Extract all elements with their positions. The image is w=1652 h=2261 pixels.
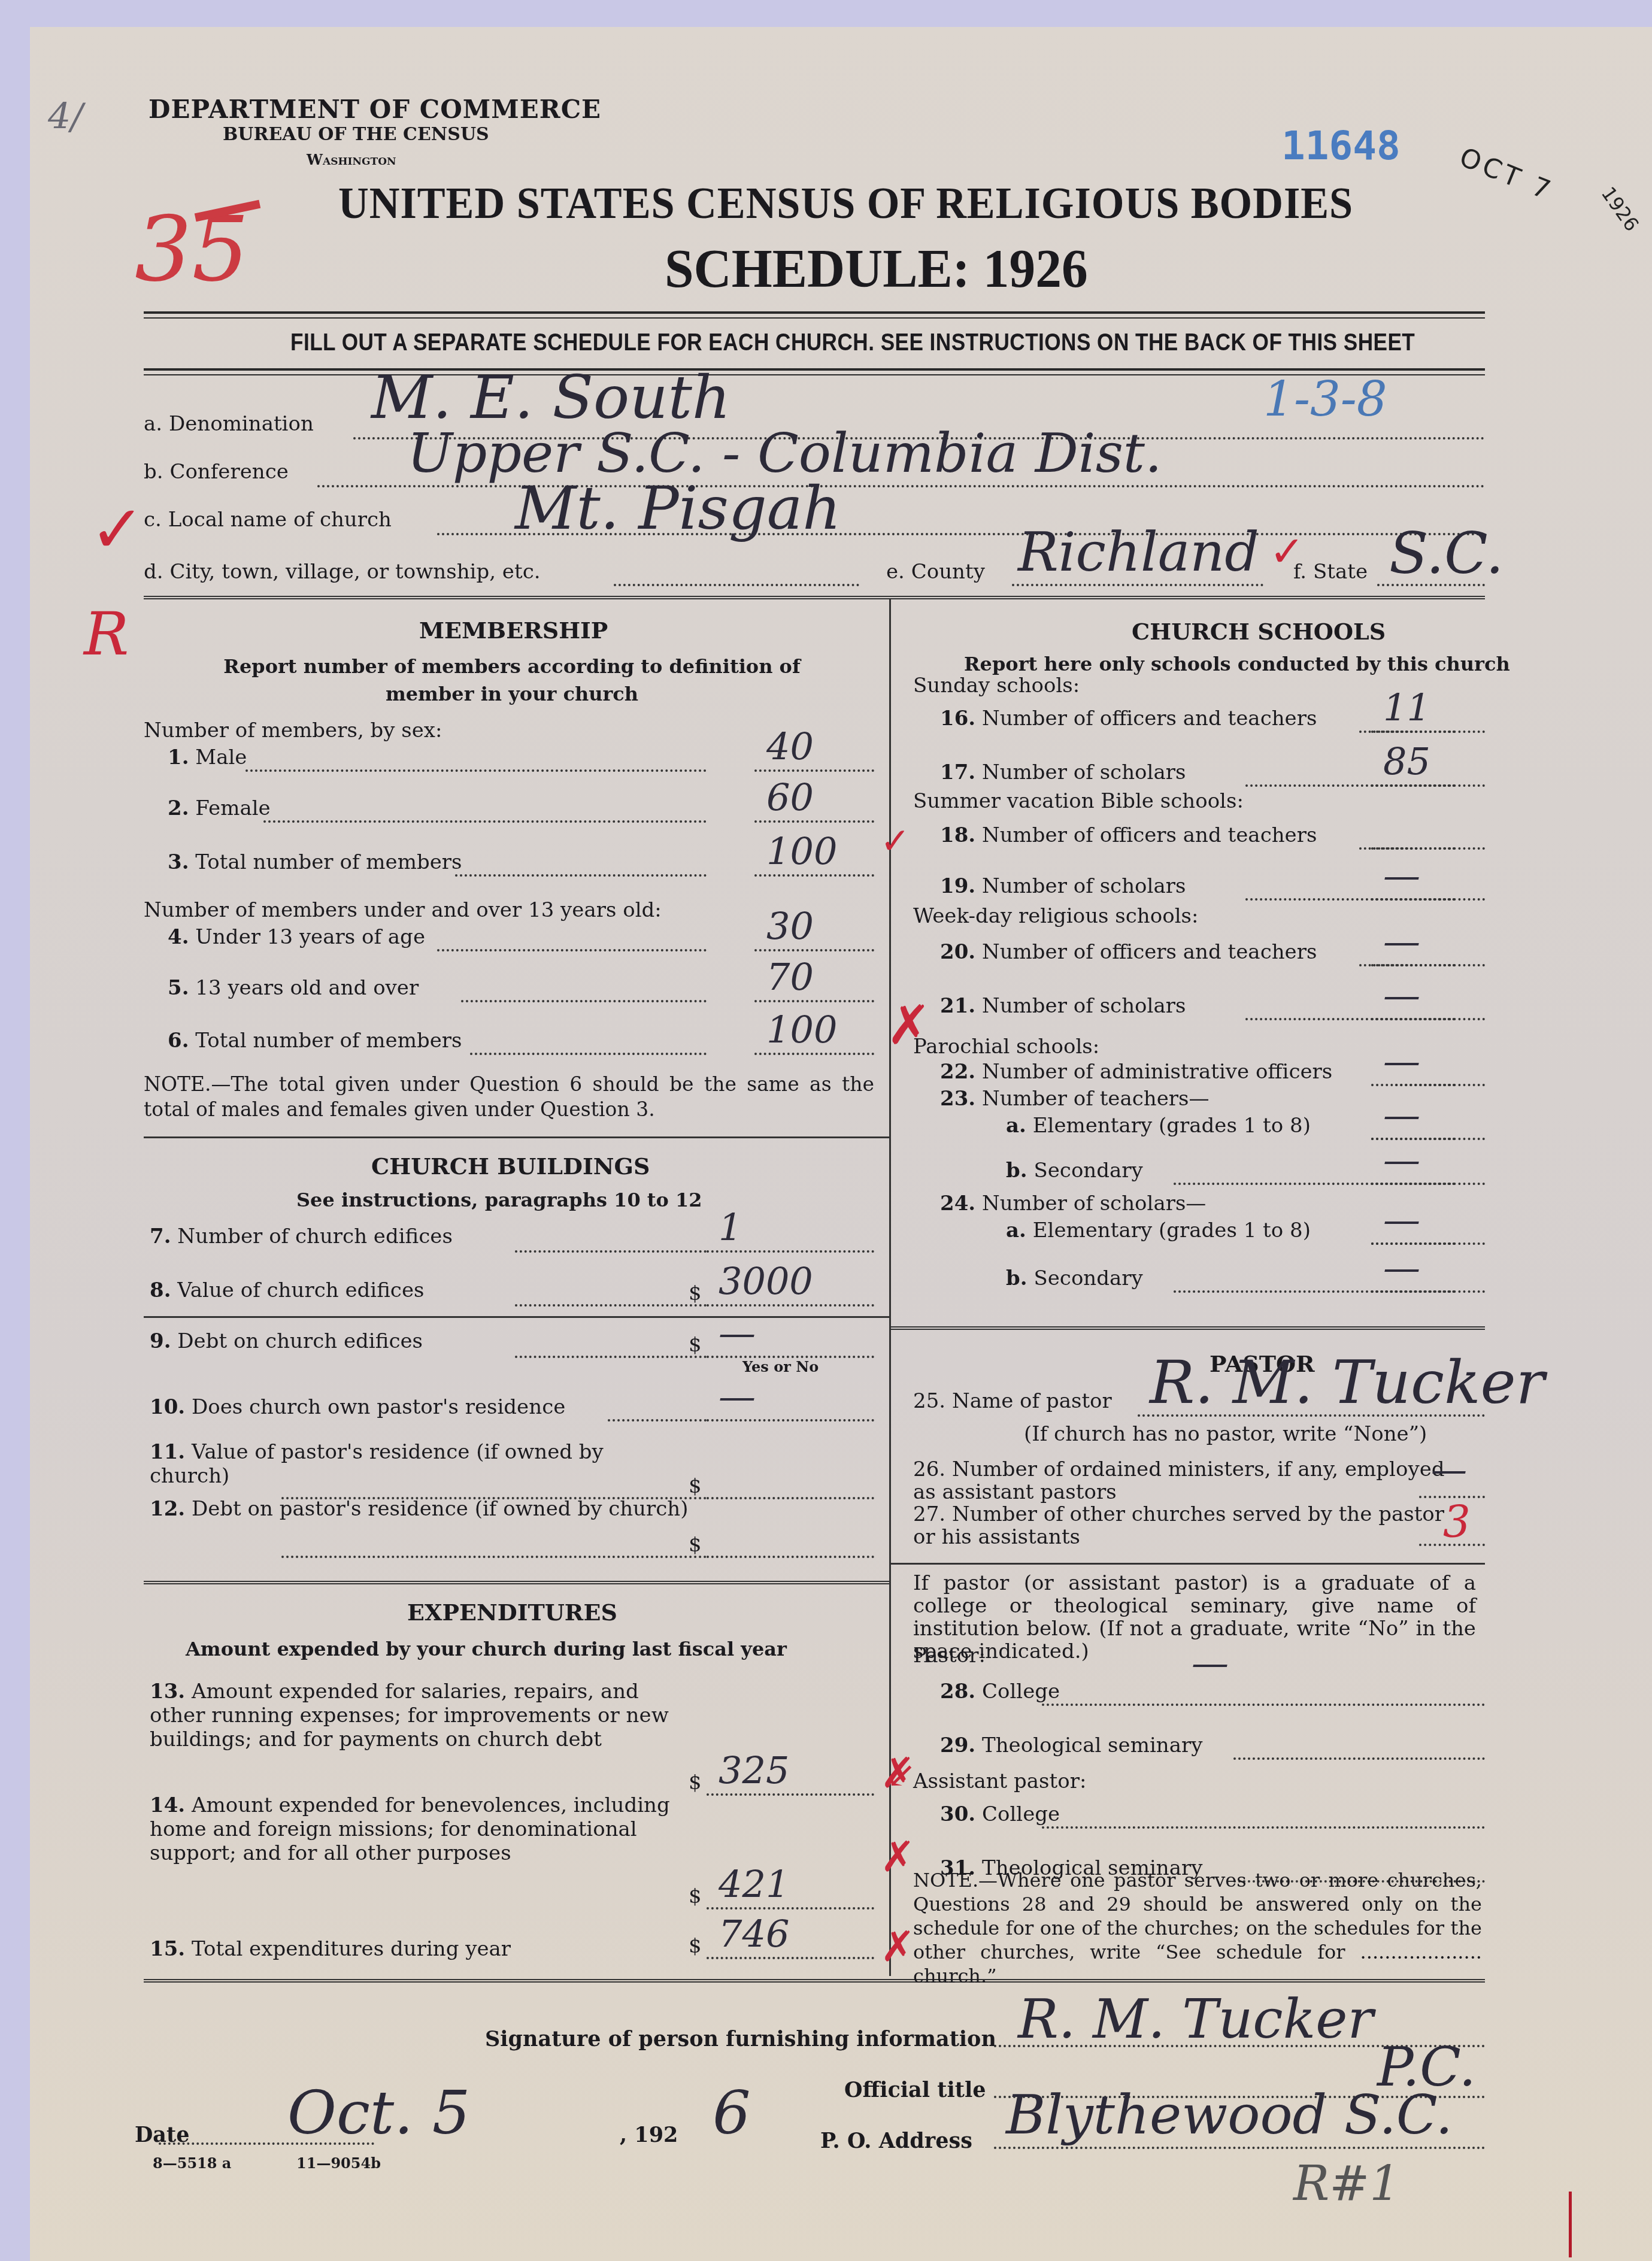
dollar-sign: $: [689, 1934, 702, 1958]
county-label: e. County: [886, 560, 985, 584]
school-row-11-field[interactable]: —: [1383, 1198, 1420, 1241]
yes-or-no-hint: Yes or No: [742, 1358, 819, 1375]
buildings-heading: CHURCH BUILDINGS: [371, 1153, 650, 1180]
building-q10-line: [608, 1419, 707, 1422]
expenditure-q15-answer-line: [707, 1957, 874, 1959]
school-row-12-field[interactable]: —: [1383, 1245, 1420, 1289]
section-rule: [889, 1326, 1485, 1332]
local-name-label: c. Local name of church: [144, 508, 392, 532]
school-row-6-label: 22. Number of administrative officers: [940, 1060, 1332, 1084]
schools-heading: CHURCH SCHOOLS: [1132, 618, 1386, 645]
official-title-label: Official title: [844, 2078, 986, 2102]
school-row-9-label: b. Secondary: [1006, 1159, 1143, 1183]
school-row-4-field[interactable]: —: [1383, 919, 1420, 963]
red-margin-letter: R: [84, 599, 129, 669]
membership-q2-field[interactable]: 60: [766, 775, 814, 819]
summer-schools-label: Summer vacation Bible schools:: [913, 789, 1244, 813]
membership-heading: MEMBERSHIP: [419, 617, 608, 644]
other-churches-label: 27. Number of other churches served by t…: [913, 1503, 1452, 1548]
assistant-pastors-field[interactable]: —: [1431, 1449, 1467, 1491]
building-q12-label: 12. Debt on pastor's residence (if owned…: [150, 1497, 689, 1521]
expenditure-q14-label: 14. Amount expended for benevolences, in…: [150, 1793, 677, 1865]
building-q8-line: [515, 1304, 707, 1307]
education-q28-label: 28. College: [940, 1680, 1060, 1704]
year-field[interactable]: 6: [713, 2078, 751, 2148]
building-q9-line: [515, 1356, 707, 1358]
membership-q5-answer-line: [754, 1000, 874, 1002]
parochial-schools-label: Parochial schools:: [913, 1035, 1099, 1059]
local-name-field[interactable]: Mt. Pisgah: [515, 473, 841, 543]
schedule-title: SCHEDULE: 1926: [665, 237, 1088, 300]
expenditures-subheading: Amount expended by your church during la…: [186, 1638, 787, 1660]
school-row-5-label: 21. Number of scholars: [940, 994, 1186, 1018]
assistant-pastor-group-label: Assistant pastor:: [913, 1769, 1086, 1793]
county-field[interactable]: Richland: [1018, 521, 1259, 584]
education-q30-line: [1042, 1826, 1485, 1829]
membership-q1-answer-line: [754, 769, 874, 772]
year-prefix: , 192: [620, 2123, 678, 2147]
po-address-label: P. O. Address: [820, 2129, 972, 2153]
school-row-9-field[interactable]: —: [1383, 1138, 1420, 1181]
school-row-4-answer-line: [1371, 964, 1485, 966]
school-row-0-field[interactable]: 11: [1383, 686, 1430, 729]
school-row-0-label: 16. Number of officers and teachers: [940, 707, 1317, 731]
conference-line: [317, 485, 1485, 487]
header-rule: [144, 317, 1485, 319]
city-label: d. City, town, village, or township, etc…: [144, 560, 541, 584]
pastor-note: NOTE.—Where one pastor serves two or mor…: [913, 1868, 1482, 1988]
header-rule: [144, 311, 1485, 314]
stamp-number: 11648: [1281, 123, 1401, 169]
building-q8-answer-line: [707, 1304, 874, 1307]
membership-q5-field[interactable]: 70: [766, 955, 814, 999]
red-arrow-mark-icon: ↙: [886, 1754, 916, 1796]
membership-q4-field[interactable]: 30: [766, 904, 814, 948]
form-title: UNITED STATES CENSUS OF RELIGIOUS BODIES: [338, 178, 1353, 229]
expenditures-heading: EXPENDITURES: [407, 1599, 617, 1626]
pencil-margin-mark: 4/: [48, 96, 83, 138]
school-row-6-field[interactable]: —: [1383, 1039, 1420, 1083]
denomination-label: a. Denomination: [144, 412, 314, 436]
membership-q6-label: 6. Total number of members: [168, 1029, 462, 1053]
expenditure-q15-label: 15. Total expenditures during year: [150, 1937, 511, 1961]
fill-out-instruction: FILL OUT A SEPARATE SCHEDULE FOR EACH CH…: [290, 329, 1415, 356]
membership-q6-field[interactable]: 100: [766, 1008, 837, 1051]
po-address-line: [994, 2147, 1485, 2149]
school-row-1-label: 17. Number of scholars: [940, 760, 1186, 784]
membership-q1-label: 1. Male: [168, 745, 247, 769]
expenditure-q13-field[interactable]: 325: [719, 1748, 789, 1792]
school-row-0-answer-line: [1371, 731, 1485, 733]
school-row-12-answer-line: [1371, 1290, 1485, 1293]
membership-q2-line: [263, 820, 707, 823]
building-q11-label: 11. Value of pastor's residence (if owne…: [150, 1440, 689, 1488]
state-field[interactable]: S.C.: [1389, 521, 1504, 587]
form-code-2: 11—9054b: [296, 2154, 381, 2172]
members-by-age-label: Number of members under and over 13 year…: [144, 898, 662, 922]
no-pastor-hint: (If church has no pastor, write “None”): [1024, 1422, 1427, 1446]
membership-q1-field[interactable]: 40: [766, 725, 814, 768]
building-q7-label: 7. Number of church edifices: [150, 1225, 453, 1248]
dollar-sign: $: [689, 1474, 702, 1498]
weekday-schools-label: Week-day religious schools:: [913, 904, 1198, 928]
county-line: [1012, 584, 1263, 586]
pastor-group-label: Pastor:: [913, 1644, 986, 1668]
buildings-subheading: See instructions, paragraphs 10 to 12: [296, 1189, 702, 1211]
form-code-1: 8—5518 a: [153, 2154, 231, 2172]
pastor-college-field[interactable]: —: [1192, 1641, 1229, 1684]
red-check-icon: ✓: [90, 491, 145, 568]
school-row-4-label: 20. Number of officers and teachers: [940, 940, 1317, 964]
building-q10-answer-line: [707, 1419, 874, 1422]
members-by-sex-label: Number of members, by sex:: [144, 719, 442, 742]
building-q9-label: 9. Debt on church edifices: [150, 1329, 423, 1353]
expenditure-q15-field[interactable]: 746: [719, 1912, 789, 1956]
section-rule: [144, 1316, 889, 1318]
membership-q3-answer-line: [754, 874, 874, 877]
date-field[interactable]: Oct. 5: [287, 2078, 470, 2148]
expenditure-q14-answer-line: [707, 1907, 874, 1910]
membership-subheading: Report number of members according to de…: [204, 653, 820, 708]
section-rule: [144, 1136, 889, 1138]
red-check-icon: ✓: [880, 820, 910, 862]
membership-q5-label: 5. 13 years old and over: [168, 976, 419, 1000]
membership-q4-line: [437, 949, 707, 951]
school-row-1-answer-line: [1371, 784, 1485, 787]
red-edge-mark: [1569, 2192, 1572, 2257]
building-q10-field[interactable]: —: [719, 1374, 756, 1418]
signature-field[interactable]: R. M. Tucker: [1018, 1988, 1374, 2051]
building-q8-label: 8. Value of church edifices: [150, 1278, 424, 1302]
other-churches-field[interactable]: 3: [1443, 1497, 1471, 1547]
school-row-1-field[interactable]: 85: [1383, 739, 1430, 783]
department-name: DEPARTMENT OF COMMERCE: [148, 95, 601, 124]
dollar-sign: $: [689, 1333, 702, 1357]
school-row-2-label: 18. Number of officers and teachers: [940, 823, 1317, 847]
building-q11-answer-line: [707, 1497, 874, 1499]
school-row-11-label: a. Elementary (grades 1 to 8): [1006, 1219, 1311, 1242]
membership-q4-label: 4. Under 13 years of age: [168, 925, 425, 949]
school-row-7-label: 23. Number of teachers—: [940, 1087, 1209, 1111]
section-rule: [889, 1563, 1485, 1565]
route-note: R#1: [1293, 2156, 1400, 2211]
building-q12-answer-line: [707, 1556, 874, 1558]
membership-q2-answer-line: [754, 820, 874, 823]
building-q10-label: 10. Does church own pastor's residence: [150, 1395, 565, 1419]
signature-label: Signature of person furnishing informati…: [485, 2027, 996, 2051]
membership-q4-answer-line: [754, 949, 874, 951]
red-check-icon: ✓: [1269, 527, 1305, 576]
pastor-name-field[interactable]: R. M. Tucker: [1150, 1347, 1545, 1417]
membership-q3-line: [455, 874, 707, 877]
assistant-pastors-label: 26. Number of ordained ministers, if any…: [913, 1458, 1452, 1504]
pastor-name-label: 25. Name of pastor: [913, 1389, 1112, 1413]
header-rule: [144, 368, 1485, 371]
school-row-3-field[interactable]: —: [1383, 853, 1420, 897]
school-row-6-answer-line: [1371, 1084, 1485, 1086]
membership-q6-answer-line: [754, 1053, 874, 1055]
education-q29-label: 29. Theological seminary: [940, 1733, 1202, 1757]
school-row-3-answer-line: [1371, 898, 1485, 901]
section-rule: [144, 1581, 889, 1587]
school-row-9-answer-line: [1371, 1183, 1485, 1185]
section-rule: [144, 596, 1485, 602]
school-row-3-label: 19. Number of scholars: [940, 874, 1186, 898]
dollar-sign: $: [689, 1771, 702, 1795]
school-row-12-label: b. Secondary: [1006, 1266, 1143, 1290]
schools-subheading: Report here only schools conducted by th…: [964, 653, 1510, 675]
building-q7-field[interactable]: 1: [719, 1205, 742, 1249]
dollar-sign: $: [689, 1533, 702, 1557]
building-q8-field[interactable]: 3000: [719, 1259, 813, 1303]
education-q29-line: [1233, 1757, 1485, 1760]
building-q7-answer-line: [707, 1250, 874, 1253]
school-row-2-answer-line: [1371, 847, 1485, 850]
expenditure-q14-field[interactable]: 421: [719, 1862, 789, 1906]
building-q12-line: [281, 1556, 707, 1558]
dollar-sign: $: [689, 1884, 702, 1908]
membership-q6-line: [470, 1053, 707, 1055]
denomination-code: 1-3-8: [1263, 371, 1387, 427]
membership-q1-line: [245, 769, 707, 772]
sunday-schools-label: Sunday schools:: [913, 674, 1080, 698]
city-name: Washington: [307, 151, 396, 168]
membership-q5-line: [461, 1000, 707, 1002]
bureau-name: BUREAU OF THE CENSUS: [223, 124, 489, 145]
membership-q2-label: 2. Female: [168, 796, 271, 820]
conference-label: b. Conference: [144, 460, 289, 484]
membership-q3-label: 3. Total number of members: [168, 850, 462, 874]
red-x-mark-icon: ✗: [880, 1832, 916, 1881]
dollar-sign: $: [689, 1281, 702, 1305]
po-address-field[interactable]: Blythewood S.C.: [1006, 2084, 1453, 2147]
building-q7-line: [515, 1250, 707, 1253]
school-row-10-label: 24. Number of scholars—: [940, 1192, 1206, 1216]
school-row-5-answer-line: [1371, 1018, 1485, 1020]
school-row-11-answer-line: [1371, 1242, 1485, 1245]
school-row-8-label: a. Elementary (grades 1 to 8): [1006, 1114, 1311, 1138]
school-row-5-field[interactable]: —: [1383, 973, 1420, 1017]
education-q30-label: 30. College: [940, 1802, 1060, 1826]
expenditure-q13-label: 13. Amount expended for salaries, repair…: [150, 1680, 677, 1751]
membership-q3-field[interactable]: 100: [766, 829, 837, 873]
membership-note: NOTE.—The total given under Question 6 s…: [144, 1072, 874, 1122]
expenditure-q13-answer-line: [707, 1793, 874, 1796]
education-q28-line: [1042, 1704, 1485, 1706]
city-line[interactable]: [614, 584, 859, 586]
school-row-8-field[interactable]: —: [1383, 1093, 1420, 1136]
red-x-mark-icon: ✗: [880, 1922, 916, 1971]
